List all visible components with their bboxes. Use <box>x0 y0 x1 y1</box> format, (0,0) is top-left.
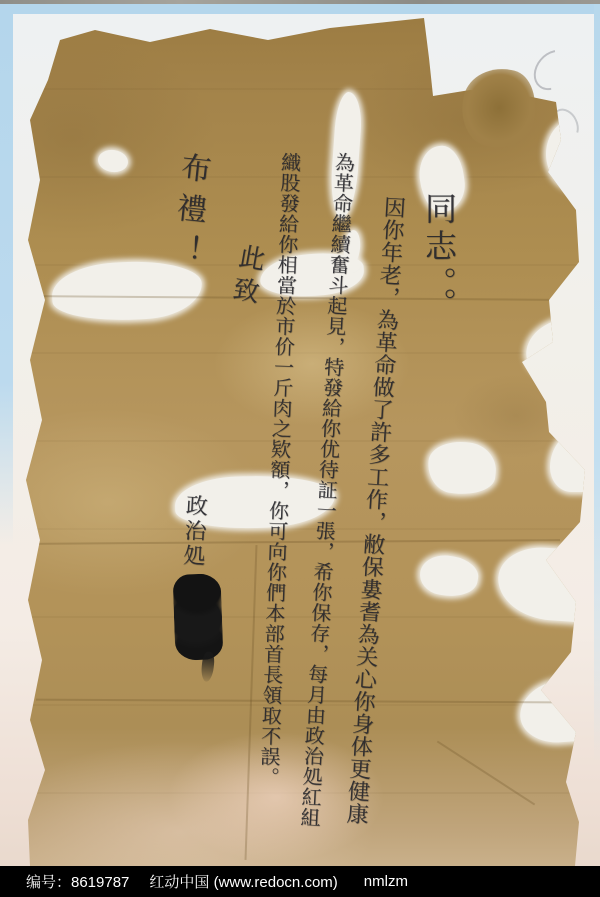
pencil-scribble <box>526 42 580 98</box>
letter-signature: 政治処 <box>176 493 211 570</box>
torn-hole <box>97 148 130 174</box>
backdrop-blue-top <box>0 4 600 14</box>
letter-greeting: 同志。。 <box>416 192 462 324</box>
torn-edge-notch <box>518 677 600 745</box>
site-label: 红动中国 (www.redocn.com) <box>149 871 337 892</box>
document-photo: 同志。。 因你年老，為革命做了許多工作，敝保婁耆為关心你身体更健康 為革命繼續奮… <box>0 0 600 866</box>
paper-crease <box>437 741 535 806</box>
paper-crease <box>245 545 258 860</box>
backdrop-blue-right <box>594 4 600 764</box>
watermark-bar: 编号：8619787 红动中国 (www.redocn.com) nmlzm <box>0 866 600 897</box>
backdrop-blue-left <box>0 4 13 544</box>
paper-crease <box>30 539 560 545</box>
torn-hole <box>417 551 481 600</box>
paper-crease <box>36 699 556 704</box>
torn-edge-notch <box>496 545 600 624</box>
author-label: nmlzm <box>364 873 408 890</box>
torn-edge-notch <box>523 314 600 383</box>
stock-photo-page: 同志。。 因你年老，為革命做了許多工作，敝保婁耆為关心你身体更健康 為革命繼續奮… <box>0 0 600 897</box>
torn-edge-notch <box>550 430 600 492</box>
image-id-label: 编号：8619787 <box>26 871 129 892</box>
ink-seal <box>173 573 224 661</box>
torn-hole <box>425 439 498 498</box>
